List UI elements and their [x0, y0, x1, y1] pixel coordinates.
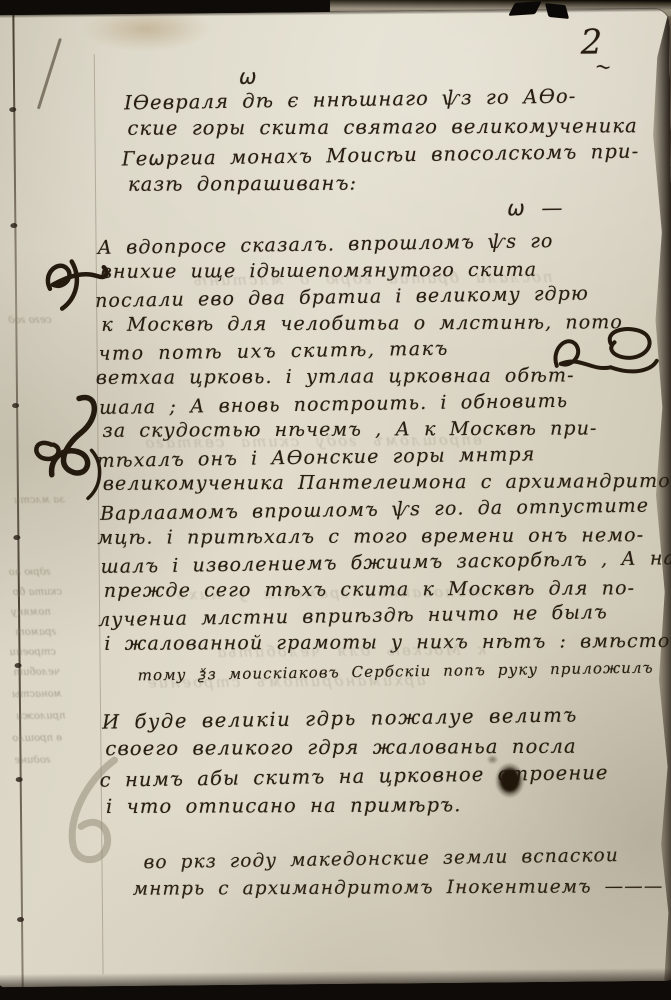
ink-blot: [495, 762, 525, 798]
showthrough-margin: гдрю по: [9, 567, 51, 578]
page-number: 2 ~: [580, 27, 612, 81]
showthrough-margin: скита бр: [13, 587, 62, 598]
page-bottom-edge: [0, 968, 671, 988]
showthrough-margin: челобит: [14, 667, 61, 678]
showthrough-margin: помяну: [11, 607, 51, 618]
manuscript-scan: послали братиа гдрю о млстинѣ впрошломъ …: [0, 0, 671, 1000]
text-line: мнтрь с архимандритомъ Інокентиемъ ———: [133, 873, 664, 904]
showthrough-margin: сего год: [8, 315, 51, 326]
showthrough-margin: године: [14, 755, 50, 766]
showthrough-margin: в прошло: [12, 733, 62, 744]
ink-blot: [486, 754, 498, 764]
section-mark-icon: ѡ —: [507, 196, 564, 221]
text-line: казѣ допрашиванъ:: [128, 168, 640, 199]
manuscript-page: послали братиа гдрю о млстинѣ впрошломъ …: [0, 9, 671, 987]
paragraph-petition: И буде великіи гдрь пожалуе велитъ своег…: [102, 701, 609, 822]
paragraph-heading: ІѲевраля дѣ є ннѣшнаго ѱз го АѲо- ские г…: [124, 83, 640, 200]
section-mark-icon: ѡ: [239, 65, 259, 89]
showthrough-margin: приложи: [16, 711, 66, 722]
showthrough-margin: строени: [9, 647, 56, 658]
page-number-flourish: ~: [593, 50, 615, 82]
showthrough-margin: монасты: [12, 689, 62, 700]
paragraph-interrogation: А вдопросе сказалъ. впрошломъ ѱѕ го вних…: [97, 227, 671, 688]
text-line: тому ѯз моискіаковъ Сербскіи попъ руку п…: [101, 651, 671, 690]
showthrough-margin: грамот: [15, 627, 56, 638]
edge-ink-mark: [545, 3, 569, 19]
text-line: і что отписано на примѣръ.: [106, 790, 609, 822]
paragraph-note: во ркз году македонские земли вспаскои м…: [129, 843, 663, 905]
